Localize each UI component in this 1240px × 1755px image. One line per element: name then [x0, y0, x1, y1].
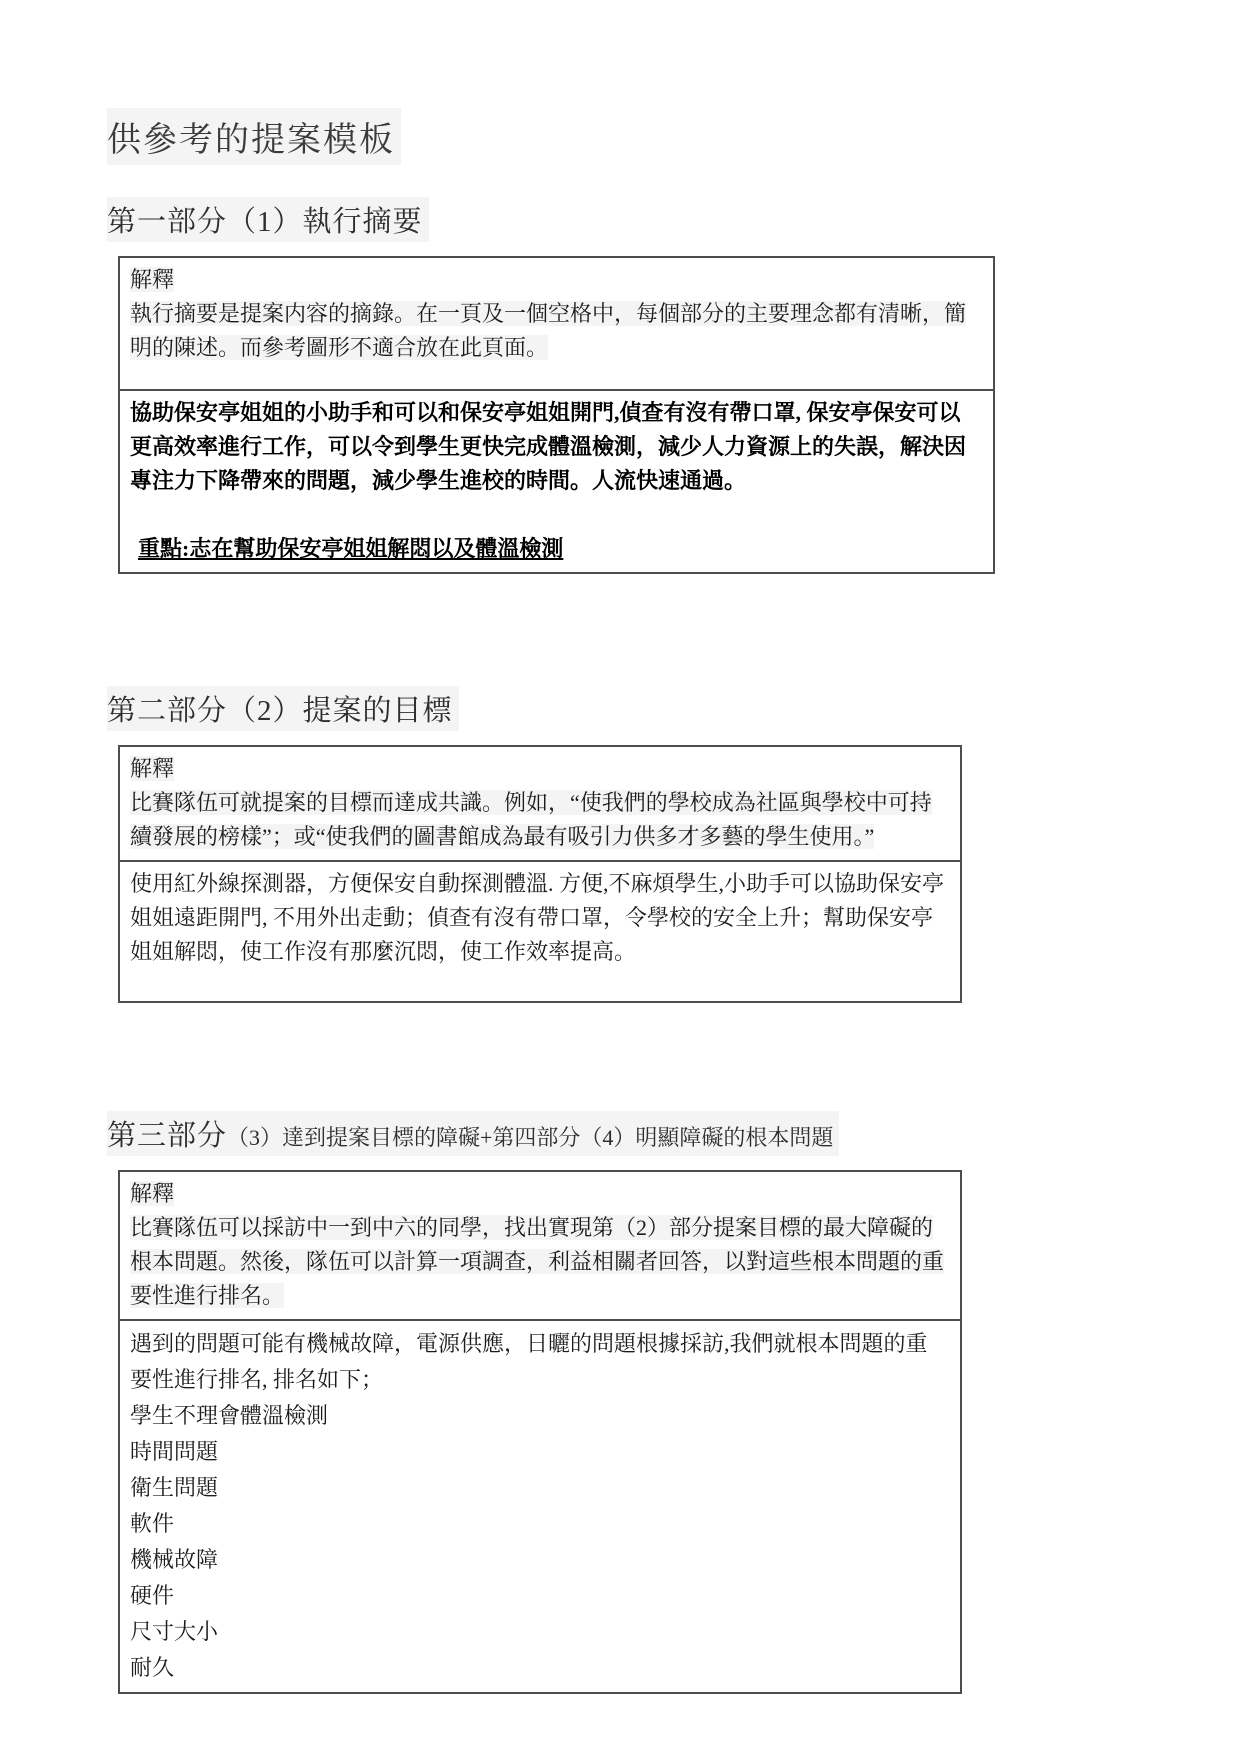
section-1-heading: 第一部分（1）執行摘要 — [107, 197, 429, 242]
explain-label: 解釋 — [130, 756, 174, 781]
section-obstacles: 第三部分（3）達到提案目標的障礙+第四部分（4）明顯障礙的根本問題 解釋 比賽隊… — [107, 1111, 1240, 1694]
section-proposal-goal: 第二部分（2）提案的目標 解釋 比賽隊伍可就提案的目標而達成共識。例如，“使我們… — [107, 686, 1240, 1003]
list-item: 硬件 — [130, 1578, 948, 1614]
title-row: 供參考的提案模板 — [107, 108, 1240, 165]
section-2-heading: 第二部分（2）提案的目標 — [107, 686, 459, 731]
section-3-heading: 第三部分（3）達到提案目標的障礙+第四部分（4）明顯障礙的根本問題 — [107, 1111, 839, 1156]
list-item: 時間問題 — [130, 1434, 948, 1470]
list-item: 衛生問題 — [130, 1470, 948, 1506]
blank-line — [130, 498, 981, 532]
key-point-text: 重點:志在幫助保安亭姐姐解悶以及體溫檢測 — [130, 532, 981, 566]
section-3-heading-rest: （3）達到提案目標的障礙+第四部分（4）明顯障礙的根本問題 — [227, 1125, 833, 1150]
explain-text: 比賽隊伍可就提案的目標而達成共識。例如，“使我們的學校成為社區與學校中可持續發展… — [130, 790, 932, 849]
section-3-body-cell: 遇到的問題可能有機械故障，電源供應，日曬的問題根據採訪,我們就根本問題的重要性進… — [120, 1319, 960, 1692]
section-1-explain-cell: 解釋 執行摘要是提案内容的摘錄。在一頁及一個空格中，每個部分的主要理念都有清晰，… — [120, 258, 993, 389]
explain-text: 比賽隊伍可以採訪中一到中六的同學，找出實現第（2）部分提案目標的最大障礙的根本問… — [130, 1215, 944, 1308]
document-content: 供參考的提案模板 第一部分（1）執行摘要 解釋 執行摘要是提案内容的摘錄。在一頁… — [0, 0, 1240, 1694]
section-3-explain-cell: 解釋 比賽隊伍可以採訪中一到中六的同學，找出實現第（2）部分提案目標的最大障礙的… — [120, 1172, 960, 1319]
section-3-box: 解釋 比賽隊伍可以採訪中一到中六的同學，找出實現第（2）部分提案目標的最大障礙的… — [118, 1170, 962, 1694]
explain-text: 執行摘要是提案内容的摘錄。在一頁及一個空格中，每個部分的主要理念都有清晰，簡明的… — [130, 301, 966, 360]
section-2-box: 解釋 比賽隊伍可就提案的目標而達成共識。例如，“使我們的學校成為社區與學校中可持… — [118, 745, 962, 1003]
list-item: 尺寸大小 — [130, 1614, 948, 1650]
section-1-heading-row: 第一部分（1）執行摘要 — [107, 197, 1240, 242]
document-page: 供參考的提案模板 第一部分（1）執行摘要 解釋 執行摘要是提案内容的摘錄。在一頁… — [0, 0, 1240, 1755]
list-item: 軟件 — [130, 1506, 948, 1542]
section-3-heading-main: 第三部分 — [107, 1120, 227, 1152]
explain-label-row: 解釋 — [130, 752, 948, 786]
obstacles-intro-text: 遇到的問題可能有機械故障，電源供應，日曬的問題根據採訪,我們就根本問題的重要性進… — [130, 1326, 948, 1398]
section-1-body-cell: 協助保安亭姐姐的小助手和可以和保安亭姐姐開門,偵查有沒有帶口罩, 保安亭保安可以… — [120, 389, 993, 572]
goal-body-text: 使用紅外線探測器，方便保安自動探測體溫. 方便,不麻煩學生,小助手可以協助保安亭… — [130, 871, 944, 964]
explain-label-row: 解釋 — [130, 1177, 948, 1211]
section-3-heading-row: 第三部分（3）達到提案目標的障礙+第四部分（4）明顯障礙的根本問題 — [107, 1111, 1240, 1156]
explain-label: 解釋 — [130, 1181, 174, 1206]
list-item: 耐久 — [130, 1650, 948, 1686]
explain-label: 解釋 — [130, 267, 174, 292]
section-2-body-cell: 使用紅外線探測器，方便保安自動探測體溫. 方便,不麻煩學生,小助手可以協助保安亭… — [120, 860, 960, 1001]
section-2-explain-cell: 解釋 比賽隊伍可就提案的目標而達成共識。例如，“使我們的學校成為社區與學校中可持… — [120, 747, 960, 860]
summary-body-text: 協助保安亭姐姐的小助手和可以和保安亭姐姐開門,偵查有沒有帶口罩, 保安亭保安可以… — [130, 400, 966, 493]
list-item: 學生不理會體溫檢測 — [130, 1398, 948, 1434]
section-executive-summary: 第一部分（1）執行摘要 解釋 執行摘要是提案内容的摘錄。在一頁及一個空格中，每個… — [107, 197, 1240, 574]
list-item: 機械故障 — [130, 1542, 948, 1578]
section-1-box: 解釋 執行摘要是提案内容的摘錄。在一頁及一個空格中，每個部分的主要理念都有清晰，… — [118, 256, 995, 574]
section-2-heading-row: 第二部分（2）提案的目標 — [107, 686, 1240, 731]
explain-label-row: 解釋 — [130, 263, 981, 297]
page-title: 供參考的提案模板 — [107, 108, 401, 165]
